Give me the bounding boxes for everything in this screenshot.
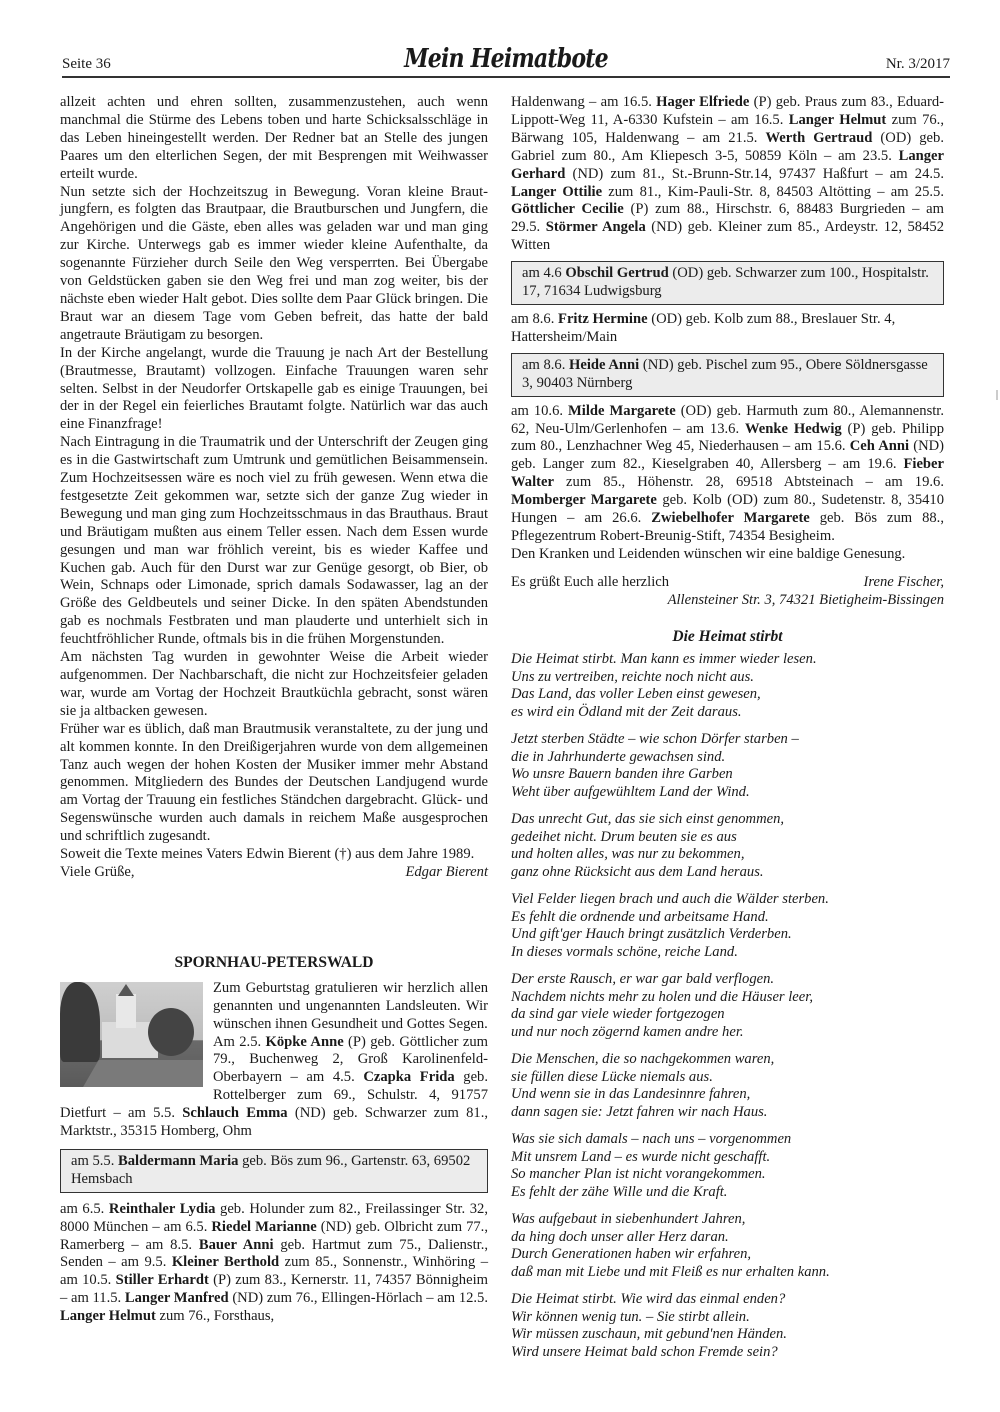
scan-edge-mark xyxy=(996,390,998,400)
poem-stanza: Die Heimat stirbt. Wie wird das einmal e… xyxy=(511,1291,944,1361)
celebrant-name: Langer Ottilie xyxy=(511,184,602,200)
left-column: allzeit achten und ehren sollten, zusamm… xyxy=(60,94,488,1326)
poem-stanza: Jetzt sterben Städte – wie schon Dörfer … xyxy=(511,731,944,801)
celebrant-name: Störmer Angela xyxy=(546,219,646,235)
greeting-text: Es grüßt Euch alle herzlich xyxy=(511,574,669,592)
article-paragraph: Früher war es üblich, daß man Brautmusik… xyxy=(60,721,488,846)
poem-stanza: Der erste Rausch, er war gar bald verflo… xyxy=(511,971,944,1041)
page-header: Seite 36 Mein Heimatbote Nr. 3/2017 xyxy=(62,40,950,76)
header-rule xyxy=(62,76,950,78)
celebrant-name: Obschil Gertrud xyxy=(565,265,668,281)
article-paragraph: Nun setzte sich der Hochzeitszug in Bewe… xyxy=(60,184,488,345)
right-column: Haldenwang – am 16.5. Hager Elfriede (P)… xyxy=(511,94,944,1371)
poem-stanza: Was sie sich damals – nach uns – vorgeno… xyxy=(511,1131,944,1201)
poem-stanza: Die Heimat stirbt. Man kann es immer wie… xyxy=(511,651,944,721)
celebrant-name: Göttlicher Cecilie xyxy=(511,201,624,217)
highlight-box: am 5.5. Baldermann Maria geb. Bös zum 96… xyxy=(60,1149,488,1193)
page-number: Seite 36 xyxy=(62,56,111,73)
poem-stanza: Die Menschen, die so nachgekommen waren,… xyxy=(511,1051,944,1121)
celebrant-name: Momberger Margarete xyxy=(511,492,657,508)
celebrant-name: Heide Anni xyxy=(569,357,639,373)
article-paragraph: Am nächsten Tag wurden in gewohnter Weis… xyxy=(60,649,488,721)
article-paragraph: Soweit die Texte meines Vaters Edwin Bie… xyxy=(60,846,488,864)
celebrant-name: Wenke Hedwig xyxy=(745,421,842,437)
poem-stanza: Das unrecht Gut, das sie sich einst geno… xyxy=(511,811,944,881)
article-signoff: Viele Grüße, Edgar Bierent xyxy=(60,864,488,882)
celebrant-name: Stiller Erhardt xyxy=(116,1272,209,1288)
celebrant-name: Bauer Anni xyxy=(199,1237,274,1253)
celebrant-name: Köpke Anne xyxy=(266,1034,344,1050)
issue-number: Nr. 3/2017 xyxy=(886,56,950,73)
celebrant-name: Ceh Anni xyxy=(850,438,909,454)
poem-title: Die Heimat stirbt xyxy=(511,628,944,646)
article-paragraph: allzeit achten und ehren sollten, zusamm… xyxy=(60,94,488,184)
celebrant-name: Baldermann Maria xyxy=(118,1153,238,1169)
section-heading: SPORNHAU-PETERSWALD xyxy=(60,954,488,972)
highlight-box: am 4.6 Obschil Gertrud (OD) geb. Schwarz… xyxy=(511,261,944,305)
celebrant-name: Hager Elfriede xyxy=(656,94,749,110)
letter-signoff: Es grüßt Euch alle herzlich Irene Fische… xyxy=(511,574,944,610)
birthday-list: Haldenwang – am 16.5. Hager Elfriede (P)… xyxy=(511,94,944,255)
celebrant-name: Langer Manfred xyxy=(125,1290,229,1306)
article-paragraph: Nach Eintragung in die Traumatrik und de… xyxy=(60,434,488,649)
birthday-list: am 6.5. Reinthaler Lydia geb. Holunder z… xyxy=(60,1201,488,1326)
celebrant-name: Zwiebelhofer Margarete xyxy=(651,510,810,526)
poem-stanza: Was aufgebaut in siebenhundert Jahren, d… xyxy=(511,1211,944,1281)
celebrant-name: Werth Gertraud xyxy=(765,130,872,146)
celebrant-name: Fritz Hermine xyxy=(558,311,648,327)
closing-text: Viele Grüße, xyxy=(60,864,135,882)
masthead-logo: Mein Heimatbote xyxy=(404,44,608,74)
celebrant-name: Kleiner Berthold xyxy=(172,1254,279,1270)
article-paragraph: In der Kirche angelangt, wurde die Trauu… xyxy=(60,345,488,435)
signer-name: Irene Fischer, xyxy=(863,574,944,592)
poem-stanza: Viel Felder liegen brach und auch die Wä… xyxy=(511,891,944,961)
highlight-box: am 8.6. Heide Anni (ND) geb. Pischel zum… xyxy=(511,353,944,397)
celebrant-name: Langer Helmut xyxy=(60,1308,156,1324)
get-well-wish: Den Kranken und Leidenden wünschen wir e… xyxy=(511,546,944,564)
celebrant-name: Langer Helmut xyxy=(789,112,887,128)
author-signature: Edgar Bierent xyxy=(405,864,488,882)
celebrant-name: Reinthaler Lydia xyxy=(109,1201,216,1217)
celebrant-name: Schlauch Emma xyxy=(182,1105,287,1121)
celebrant-name: Riedel Marianne xyxy=(211,1219,316,1235)
celebrant-name: Czapka Frida xyxy=(363,1069,454,1085)
birthday-list: am 10.6. Milde Margarete (OD) geb. Harmu… xyxy=(511,403,944,546)
church-photo xyxy=(60,982,203,1087)
birthday-entry: am 8.6. Fritz Hermine (OD) geb. Kolb zum… xyxy=(511,311,944,347)
signer-address: Allensteiner Str. 3, 74321 Bietigheim-Bi… xyxy=(511,592,944,610)
celebrant-name: Milde Margarete xyxy=(568,403,676,419)
